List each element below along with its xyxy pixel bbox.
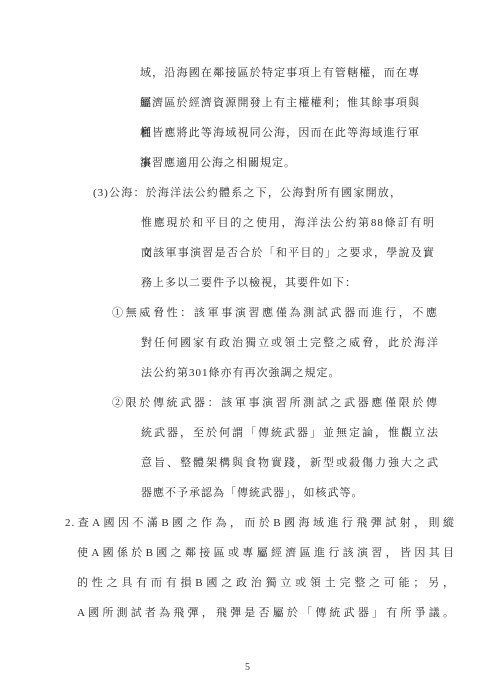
text-line: 經濟區於經濟資源開發上有主權權利；惟其餘事項與權 bbox=[140, 88, 420, 118]
text-line: 利皆應將此等海域視同公海，因而在此等海域進行軍事 bbox=[140, 118, 420, 148]
page-number: 5 bbox=[0, 662, 495, 673]
text-line: 意旨、整體架構與食物實踐，新型或殺傷力強大之武 bbox=[141, 448, 439, 478]
text-line: 統武器，至於何謂「傳統武器」並無定論，惟觀立法 bbox=[141, 418, 439, 448]
document-page: 域，沿海國在鄰接區於特定事項上有管轄權，而在專屬經濟區於經濟資源開發上有主權權利… bbox=[0, 0, 495, 700]
text-line: 域，沿海國在鄰接區於特定事項上有管轄權，而在專屬 bbox=[140, 58, 420, 88]
text-line: ②限於傳統武器：該軍事演習所測試之武器應僅限於傳 bbox=[112, 388, 438, 418]
text-line: 使A國係於B國之鄰接區或專屬經濟區進行該演習，皆因其目 bbox=[77, 538, 455, 568]
text-line: 對任何國家有政治獨立或領土完整之威脅，此於海洋 bbox=[141, 328, 439, 358]
text-line: ①無威脅性：該軍事演習應僅為測試武器而進行，不應 bbox=[112, 298, 438, 328]
text-line: 的性之具有而有損B國之政治獨立或領土完整之可能；另， bbox=[77, 568, 455, 598]
text-line: (3)公海：於海洋法公約體系之下，公海對所有國家開放， bbox=[93, 178, 402, 208]
text-line: 而該軍事演習是否合於「和平目的」之要求，學說及實 bbox=[141, 238, 435, 268]
text-line: 2.查A國因不滿B國之作為，而於B國海域進行飛彈試射，則縱 bbox=[65, 508, 455, 538]
text-line: 惟應現於和平目的之使用，海洋法公約第88條訂有明文； bbox=[141, 208, 435, 238]
text-line: 務上多以二要件予以檢視，其要件如下： bbox=[141, 268, 495, 298]
text-line: 法公約第301條亦有再次強調之規定。 bbox=[141, 358, 495, 388]
text-line: A國所測試者為飛彈，飛彈是否屬於「傳統武器」有所爭議。 bbox=[77, 598, 455, 628]
text-line: 器應不予承認為「傳統武器」，如核武等。 bbox=[141, 478, 495, 508]
document-body: 域，沿海國在鄰接區於特定事項上有管轄權，而在專屬經濟區於經濟資源開發上有主權權利… bbox=[0, 58, 495, 628]
text-line: 演習應適用公海之相關規定。 bbox=[140, 148, 495, 178]
